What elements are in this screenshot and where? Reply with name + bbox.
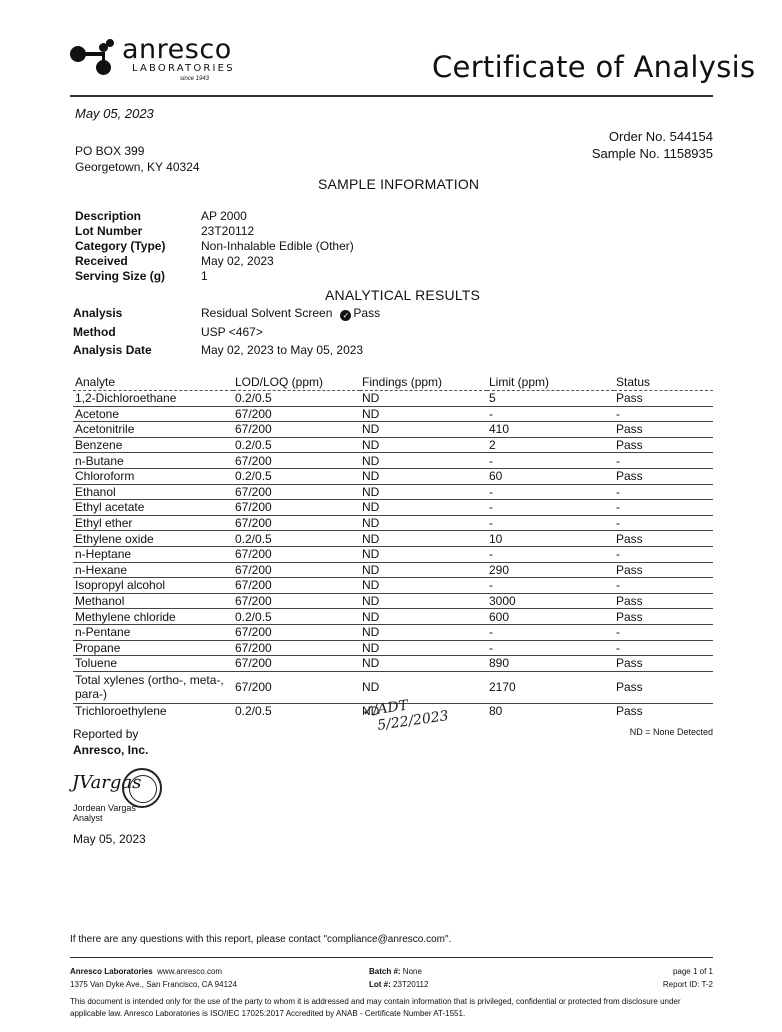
- logo-name: anresco: [122, 34, 232, 65]
- field-label: Received: [75, 254, 165, 269]
- cell-lod-loq: 0.2/0.5: [233, 531, 360, 547]
- cell-findings: ND: [360, 453, 487, 469]
- cell-analyte: Ethanol: [73, 484, 233, 500]
- analysis-status: Pass: [353, 306, 380, 320]
- analysis-labels: Analysis Method Analysis Date: [73, 306, 152, 362]
- analysis-values: Residual Solvent Screen✓Pass USP <467> M…: [201, 306, 380, 362]
- lot-label: Lot #:: [369, 980, 391, 989]
- col-findings: Findings (ppm): [360, 374, 487, 391]
- analysis-value: Residual Solvent Screen: [201, 306, 332, 320]
- table-row: Methanol67/200ND3000Pass: [73, 593, 713, 609]
- analysis-date-label: Analysis Date: [73, 343, 152, 362]
- cell-status: Pass: [614, 437, 713, 453]
- cell-status: Pass: [614, 609, 713, 625]
- cell-status: Pass: [614, 562, 713, 578]
- page-number: page 1 of 1: [663, 965, 713, 978]
- cell-lod-loq: 67/200: [233, 515, 360, 531]
- cell-findings: ND: [360, 531, 487, 547]
- table-row: n-Heptane67/200ND--: [73, 546, 713, 562]
- cell-findings: ND: [360, 484, 487, 500]
- col-analyte: Analyte: [73, 374, 233, 391]
- disclaimer: This document is intended only for the u…: [70, 996, 715, 1020]
- cell-analyte: n-Heptane: [73, 546, 233, 562]
- logo-since: since 1943: [180, 76, 209, 82]
- cell-findings: ND: [360, 422, 487, 438]
- analysis-date-value: May 02, 2023 to May 05, 2023: [201, 343, 380, 362]
- cell-lod-loq: 0.2/0.5: [233, 437, 360, 453]
- table-row: Acetone67/200ND--: [73, 406, 713, 422]
- cell-limit: -: [487, 453, 614, 469]
- sample-number: Sample No. 1158935: [592, 145, 713, 162]
- field-value: AP 2000: [201, 209, 354, 224]
- cell-analyte: Acetone: [73, 406, 233, 422]
- table-row: Ethyl ether67/200ND--: [73, 515, 713, 531]
- field-label: Serving Size (g): [75, 269, 165, 284]
- client-address: PO BOX 399 Georgetown, KY 40324: [75, 143, 200, 175]
- cell-analyte: Total xylenes (ortho-, meta-, para-): [73, 671, 233, 703]
- cell-findings: ND: [360, 515, 487, 531]
- cell-analyte: Acetonitrile: [73, 422, 233, 438]
- field-label: Description: [75, 209, 165, 224]
- cell-findings: ND: [360, 406, 487, 422]
- header-divider: [70, 95, 713, 97]
- cell-analyte: Ethyl acetate: [73, 500, 233, 516]
- cell-status: -: [614, 406, 713, 422]
- cell-limit: -: [487, 640, 614, 656]
- footer-address: 1375 Van Dyke Ave., San Francisco, CA 94…: [70, 978, 237, 991]
- cell-lod-loq: 67/200: [233, 578, 360, 594]
- cell-analyte: 1,2-Dichloroethane: [73, 391, 233, 407]
- table-header-row: Analyte LOD/LOQ (ppm) Findings (ppm) Lim…: [73, 374, 713, 391]
- cell-analyte: Methylene chloride: [73, 609, 233, 625]
- cell-limit: 600: [487, 609, 614, 625]
- cell-limit: 3000: [487, 593, 614, 609]
- cell-status: -: [614, 500, 713, 516]
- table-row: n-Butane67/200ND--: [73, 453, 713, 469]
- table-row: Chloroform0.2/0.5ND60Pass: [73, 468, 713, 484]
- cell-findings: ND: [360, 593, 487, 609]
- analysis-label: Analysis: [73, 306, 152, 325]
- col-limit: Limit (ppm): [487, 374, 614, 391]
- batch-label: Batch #:: [369, 967, 401, 976]
- reported-by: Reported by Anresco, Inc.: [73, 726, 148, 758]
- sample-info-labels: Description Lot Number Category (Type) R…: [75, 209, 165, 284]
- method-value: USP <467>: [201, 325, 380, 344]
- sample-info-values: AP 2000 23T20112 Non-Inhalable Edible (O…: [201, 209, 354, 284]
- cell-lod-loq: 67/200: [233, 640, 360, 656]
- cell-analyte: n-Butane: [73, 453, 233, 469]
- cell-lod-loq: 67/200: [233, 546, 360, 562]
- order-info: Order No. 544154 Sample No. 1158935: [592, 128, 713, 162]
- cell-lod-loq: 67/200: [233, 453, 360, 469]
- table-row: n-Hexane67/200ND290Pass: [73, 562, 713, 578]
- reported-by-label: Reported by: [73, 726, 148, 742]
- table-row: Propane67/200ND--: [73, 640, 713, 656]
- table-row: Isopropyl alcohol67/200ND--: [73, 578, 713, 594]
- cell-status: -: [614, 453, 713, 469]
- cell-limit: -: [487, 578, 614, 594]
- sample-information-heading: SAMPLE INFORMATION: [318, 176, 479, 192]
- field-value: Non-Inhalable Edible (Other): [201, 239, 354, 254]
- check-circle-icon: ✓: [340, 310, 351, 321]
- table-row: Methylene chloride0.2/0.5ND600Pass: [73, 609, 713, 625]
- address-line-2: Georgetown, KY 40324: [75, 159, 200, 175]
- lot-value: 23T20112: [393, 980, 428, 989]
- footer-company-name: Anresco Laboratories: [70, 967, 153, 976]
- cell-analyte: n-Pentane: [73, 624, 233, 640]
- cell-analyte: Toluene: [73, 656, 233, 672]
- cell-status: Pass: [614, 593, 713, 609]
- cell-status: -: [614, 484, 713, 500]
- cell-findings: ND: [360, 468, 487, 484]
- col-lod-loq: LOD/LOQ (ppm): [233, 374, 360, 391]
- cell-lod-loq: 67/200: [233, 562, 360, 578]
- cell-lod-loq: 0.2/0.5: [233, 703, 360, 719]
- footer-website-link[interactable]: www.anresco.com: [157, 967, 222, 976]
- cell-lod-loq: 67/200: [233, 422, 360, 438]
- logo-subtitle: LABORATORIES: [132, 63, 235, 74]
- nd-legend: ND = None Detected: [630, 727, 713, 737]
- cell-lod-loq: 67/200: [233, 500, 360, 516]
- cell-findings: ND: [360, 546, 487, 562]
- cell-lod-loq: 67/200: [233, 671, 360, 703]
- cell-lod-loq: 67/200: [233, 624, 360, 640]
- cell-findings: ND: [360, 640, 487, 656]
- batch-value: None: [403, 967, 422, 976]
- cell-limit: 80: [487, 703, 614, 719]
- table-row: Ethyl acetate67/200ND--: [73, 500, 713, 516]
- table-row: Ethanol67/200ND--: [73, 484, 713, 500]
- cell-lod-loq: 0.2/0.5: [233, 391, 360, 407]
- cell-status: -: [614, 515, 713, 531]
- results-table: Analyte LOD/LOQ (ppm) Findings (ppm) Lim…: [73, 374, 713, 719]
- cell-lod-loq: 67/200: [233, 406, 360, 422]
- cell-analyte: Isopropyl alcohol: [73, 578, 233, 594]
- cell-findings: ND: [360, 656, 487, 672]
- cell-analyte: Propane: [73, 640, 233, 656]
- analytical-results-heading: ANALYTICAL RESULTS: [325, 287, 480, 303]
- cell-findings: ND: [360, 562, 487, 578]
- address-line-1: PO BOX 399: [75, 143, 200, 159]
- signer-role: Analyst: [73, 813, 136, 823]
- cell-limit: 5: [487, 391, 614, 407]
- cell-findings: ND: [360, 391, 487, 407]
- cell-lod-loq: 67/200: [233, 484, 360, 500]
- cell-status: Pass: [614, 391, 713, 407]
- method-label: Method: [73, 325, 152, 344]
- report-date: May 05, 2023: [75, 106, 154, 121]
- cell-limit: 2: [487, 437, 614, 453]
- cell-lod-loq: 0.2/0.5: [233, 609, 360, 625]
- cell-status: -: [614, 578, 713, 594]
- cell-limit: -: [487, 484, 614, 500]
- signer-info: Jordean Vargas Analyst: [73, 803, 136, 823]
- cell-findings: ND: [360, 500, 487, 516]
- table-row: Toluene67/200ND890Pass: [73, 656, 713, 672]
- table-row: n-Pentane67/200ND--: [73, 624, 713, 640]
- notary-seal-icon: [122, 768, 162, 808]
- field-value: 1: [201, 269, 354, 284]
- col-status: Status: [614, 374, 713, 391]
- cell-analyte: Benzene: [73, 437, 233, 453]
- cell-limit: 10: [487, 531, 614, 547]
- cell-findings: ND: [360, 609, 487, 625]
- signature: JVargas: [72, 768, 167, 808]
- cell-limit: -: [487, 500, 614, 516]
- cell-status: -: [614, 640, 713, 656]
- cell-status: Pass: [614, 468, 713, 484]
- cell-limit: 290: [487, 562, 614, 578]
- cell-status: -: [614, 546, 713, 562]
- footer-company: Anresco Laboratories www.anresco.com 137…: [70, 965, 237, 991]
- cell-lod-loq: 67/200: [233, 593, 360, 609]
- cell-limit: -: [487, 546, 614, 562]
- report-id: Report ID: T-2: [663, 978, 713, 991]
- contact-note: If there are any questions with this rep…: [70, 934, 451, 945]
- cell-lod-loq: 0.2/0.5: [233, 468, 360, 484]
- cell-status: Pass: [614, 656, 713, 672]
- cell-analyte: Trichloroethylene: [73, 703, 233, 719]
- cell-limit: 60: [487, 468, 614, 484]
- cell-status: -: [614, 624, 713, 640]
- cell-limit: 410: [487, 422, 614, 438]
- cell-limit: -: [487, 515, 614, 531]
- table-row: Ethylene oxide0.2/0.5ND10Pass: [73, 531, 713, 547]
- cell-analyte: Chloroform: [73, 468, 233, 484]
- signature-date: May 05, 2023: [73, 832, 146, 846]
- cell-limit: 890: [487, 656, 614, 672]
- cell-analyte: Methanol: [73, 593, 233, 609]
- cell-findings: ND: [360, 578, 487, 594]
- footer-divider: [70, 957, 713, 958]
- table-row: Acetonitrile67/200ND410Pass: [73, 422, 713, 438]
- cell-findings: ND: [360, 624, 487, 640]
- anresco-logo: anresco LABORATORIES since 1943: [70, 38, 250, 86]
- cell-status: Pass: [614, 422, 713, 438]
- cell-limit: -: [487, 624, 614, 640]
- cell-status: Pass: [614, 531, 713, 547]
- cell-status: Pass: [614, 703, 713, 719]
- table-row: Benzene0.2/0.5ND2Pass: [73, 437, 713, 453]
- table-row: 1,2-Dichloroethane0.2/0.5ND5Pass: [73, 391, 713, 407]
- cell-analyte: Ethyl ether: [73, 515, 233, 531]
- signer-name: Jordean Vargas: [73, 803, 136, 813]
- field-label: Category (Type): [75, 239, 165, 254]
- field-label: Lot Number: [75, 224, 165, 239]
- field-value: 23T20112: [201, 224, 354, 239]
- cell-limit: -: [487, 406, 614, 422]
- cell-analyte: Ethylene oxide: [73, 531, 233, 547]
- footer-page-info: page 1 of 1 Report ID: T-2: [663, 965, 713, 991]
- cell-status: Pass: [614, 671, 713, 703]
- footer-batch: Batch #: None Lot #: 23T20112: [369, 965, 428, 991]
- cell-analyte: n-Hexane: [73, 562, 233, 578]
- cell-limit: 2170: [487, 671, 614, 703]
- field-value: May 02, 2023: [201, 254, 354, 269]
- order-number: Order No. 544154: [592, 128, 713, 145]
- reported-by-company: Anresco, Inc.: [73, 742, 148, 758]
- cell-lod-loq: 67/200: [233, 656, 360, 672]
- cell-findings: ND: [360, 437, 487, 453]
- document-title: Certificate of Analysis: [432, 50, 755, 84]
